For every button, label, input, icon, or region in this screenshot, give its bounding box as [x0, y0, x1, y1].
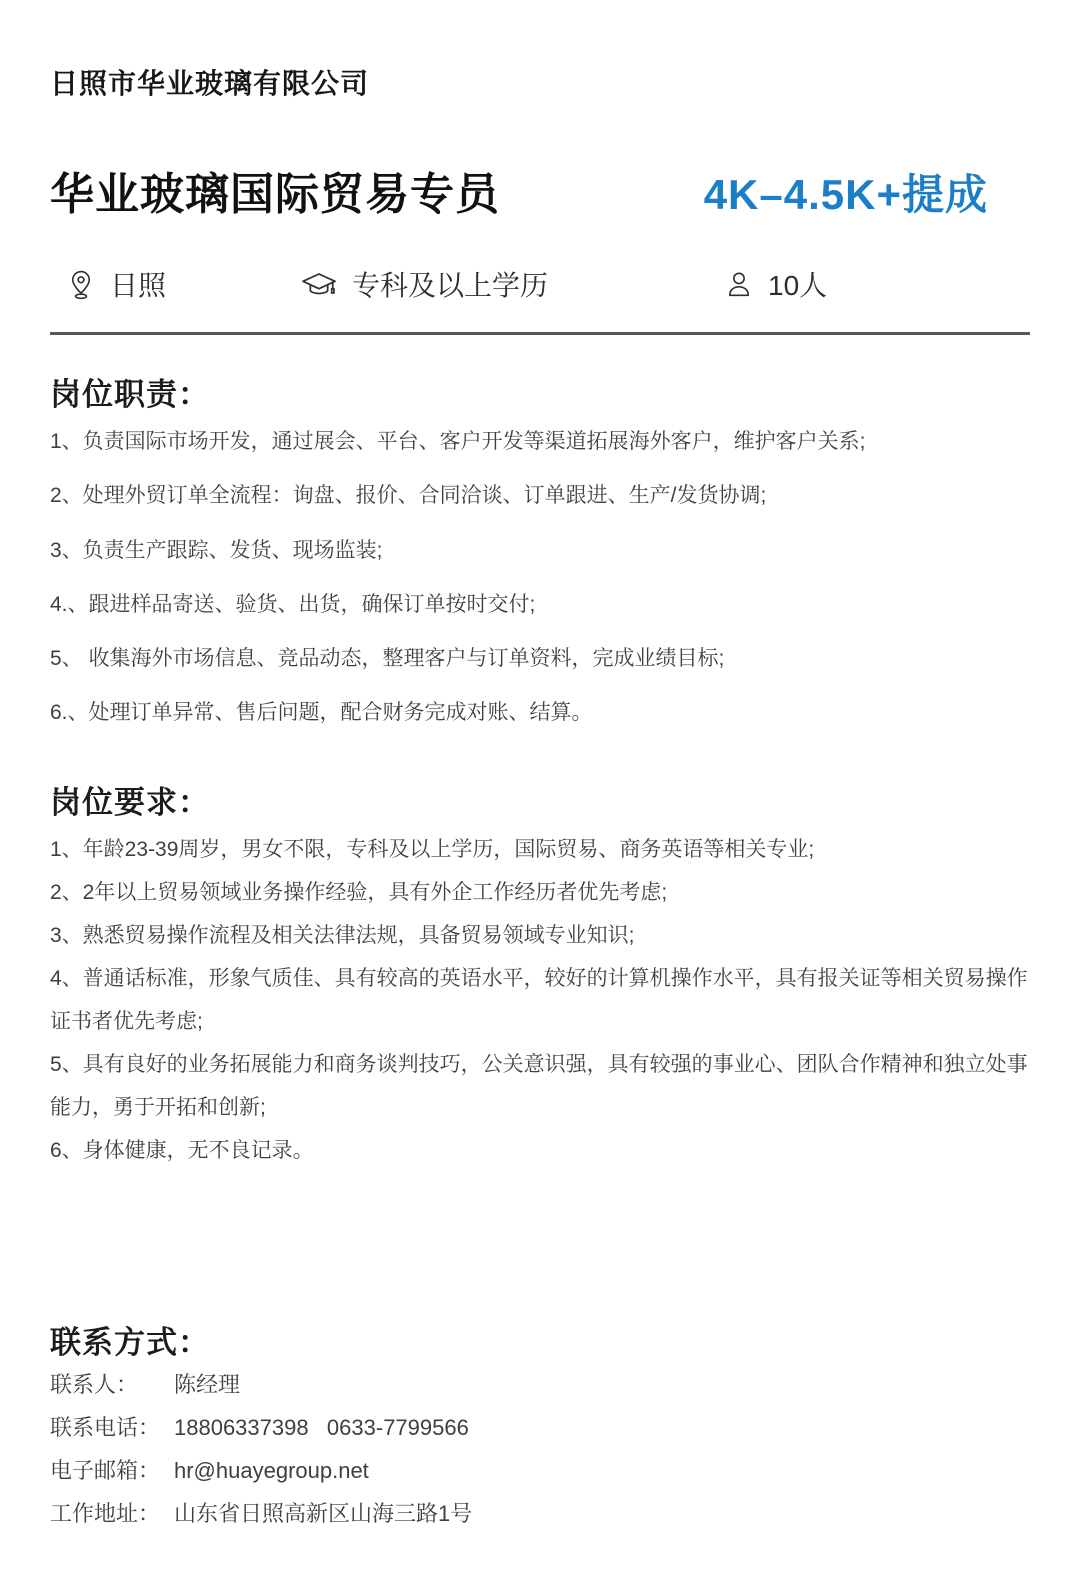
- responsibility-item: 2、处理外贸订单全流程：询盘、报价、合同洽谈、订单跟进、生产/发货协调;: [50, 482, 1030, 509]
- contact-list: 联系人： 陈经理 联系电话： 18806337398 0633-7799566 …: [50, 1364, 1030, 1536]
- contact-person-value: 陈经理: [174, 1364, 240, 1407]
- salary-text: 4K–4.5K+提成: [704, 162, 988, 222]
- contact-row: 电子邮箱： hr@huayegroup.net: [50, 1450, 1030, 1493]
- company-name: 日照市华业玻璃有限公司: [50, 0, 1030, 102]
- contact-address-label: 工作地址：: [50, 1493, 174, 1536]
- requirements-heading: 岗位要求：: [50, 777, 1030, 822]
- contact-email-value: hr@huayegroup.net: [174, 1450, 369, 1493]
- responsibility-item: 5、 收集海外市场信息、竞品动态，整理客户与订单资料，完成业绩目标;: [50, 645, 1030, 672]
- contact-person-label: 联系人：: [50, 1364, 174, 1407]
- requirements-section: 岗位要求： 1、年龄23-39周岁，男女不限，专科及以上学历，国际贸易、商务英语…: [50, 777, 1030, 1172]
- job-title: 华业玻璃国际贸易专员: [50, 158, 500, 222]
- requirement-item: 4、普通话标准，形象气质佳、具有较高的英语水平，较好的计算机操作水平，具有报关证…: [50, 957, 1030, 1043]
- contact-row: 联系人： 陈经理: [50, 1364, 1030, 1407]
- meta-headcount: 10人: [724, 264, 827, 304]
- headcount-label: 10人: [768, 264, 827, 304]
- contact-address-value: 山东省日照高新区山海三路1号: [174, 1493, 472, 1536]
- contact-row: 联系电话： 18806337398 0633-7799566: [50, 1407, 1030, 1450]
- responsibilities-section: 岗位职责： 1、负责国际市场开发，通过展会、平台、客户开发等渠道拓展海外客户，维…: [50, 369, 1030, 727]
- graduation-cap-icon: [300, 268, 338, 300]
- contact-phone-value: 18806337398 0633-7799566: [174, 1407, 469, 1450]
- meta-education: 专科及以上学历: [300, 264, 724, 304]
- contact-email-label: 电子邮箱：: [50, 1450, 174, 1493]
- requirement-item: 6、身体健康，无不良记录。: [50, 1129, 1030, 1172]
- person-icon: [724, 268, 754, 300]
- title-row: 华业玻璃国际贸易专员 4K–4.5K+提成: [50, 158, 1030, 222]
- meta-location: 日照: [66, 264, 300, 304]
- responsibility-item: 3、负责生产跟踪、发货、现场监装;: [50, 537, 1030, 564]
- responsibility-item: 4.、跟进样品寄送、验货、出货，确保订单按时交付;: [50, 591, 1030, 618]
- responsibilities-list: 1、负责国际市场开发，通过展会、平台、客户开发等渠道拓展海外客户，维护客户关系;…: [50, 428, 1030, 727]
- requirements-list: 1、年龄23-39周岁，男女不限，专科及以上学历，国际贸易、商务英语等相关专业;…: [50, 828, 1030, 1172]
- job-meta-row: 日照 专科及以上学历 10人: [50, 264, 1030, 304]
- contact-heading: 联系方式：: [50, 1317, 1030, 1362]
- requirement-item: 1、年龄23-39周岁，男女不限，专科及以上学历，国际贸易、商务英语等相关专业;: [50, 828, 1030, 871]
- contact-phone-label: 联系电话：: [50, 1407, 174, 1450]
- job-posting-page: 日照市华业玻璃有限公司 华业玻璃国际贸易专员 4K–4.5K+提成 日照: [0, 0, 1080, 1536]
- contact-section: 联系方式： 联系人： 陈经理 联系电话： 18806337398 0633-77…: [50, 1317, 1030, 1536]
- contact-row: 工作地址： 山东省日照高新区山海三路1号: [50, 1493, 1030, 1536]
- header-divider: [50, 332, 1030, 335]
- location-pin-icon: [66, 268, 96, 300]
- responsibilities-heading: 岗位职责：: [50, 369, 1030, 414]
- responsibility-item: 1、负责国际市场开发，通过展会、平台、客户开发等渠道拓展海外客户，维护客户关系;: [50, 428, 1030, 455]
- requirement-item: 2、2年以上贸易领域业务操作经验，具有外企工作经历者优先考虑;: [50, 871, 1030, 914]
- requirement-item: 3、熟悉贸易操作流程及相关法律法规，具备贸易领域专业知识;: [50, 914, 1030, 957]
- responsibility-item: 6.、处理订单异常、售后问题，配合财务完成对账、结算。: [50, 699, 1030, 726]
- requirement-item: 5、具有良好的业务拓展能力和商务谈判技巧，公关意识强，具有较强的事业心、团队合作…: [50, 1043, 1030, 1129]
- location-label: 日照: [110, 264, 166, 304]
- education-label: 专科及以上学历: [352, 264, 548, 304]
